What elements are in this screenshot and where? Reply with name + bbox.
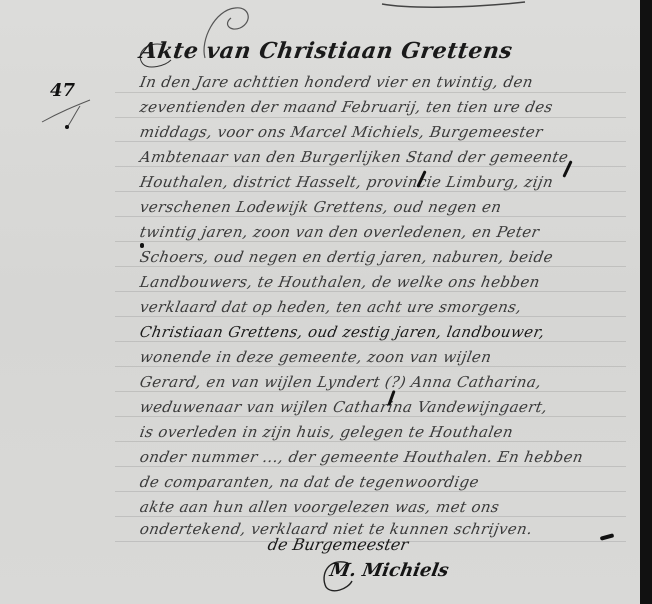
ruling-line xyxy=(115,416,626,417)
ruling-line xyxy=(115,241,626,242)
ruling-line xyxy=(115,141,626,142)
page-binding-edge xyxy=(640,0,652,604)
ruling-line xyxy=(115,191,626,192)
flourish-ornament xyxy=(380,0,530,12)
record-line: wonende in deze gemeente, zoon van wijle… xyxy=(138,348,493,366)
ruling-line xyxy=(115,441,626,442)
ruling-line xyxy=(115,341,626,342)
ruling-line xyxy=(115,516,626,517)
record-line: twintig jaren, zoon van den overledenen,… xyxy=(138,223,540,241)
record-line: de comparanten, na dat de tegenwoordige xyxy=(138,473,480,491)
document-page: Akte van Christiaan Grettens 47 In den J… xyxy=(0,0,640,604)
record-line: zeventienden der maand Februarij, ten ti… xyxy=(138,98,554,116)
ink-dot xyxy=(140,243,144,248)
record-line: verschenen Lodewijk Grettens, oud negen … xyxy=(138,198,503,216)
ruling-line xyxy=(115,291,626,292)
record-line: onder nummer ..., der gemeente Houthalen… xyxy=(138,448,584,466)
record-line: Christiaan Grettens, oud zestig jaren, l… xyxy=(138,323,546,341)
record-title: Akte van Christiaan Grettens xyxy=(138,38,514,64)
record-line: Houthalen, district Hasselt, provincie L… xyxy=(138,173,554,191)
record-line: Schoers, oud negen en dertig jaren, nabu… xyxy=(138,248,554,266)
mayor-signature: M. Michiels xyxy=(328,560,450,581)
ruling-line xyxy=(115,266,626,267)
ruling-line xyxy=(115,366,626,367)
record-line: akte aan hun allen voorgelezen was, met … xyxy=(138,498,500,516)
record-line: In den Jare achttien honderd vier en twi… xyxy=(138,73,534,91)
record-line: middags, voor ons Marcel Michiels, Burge… xyxy=(138,123,544,141)
ruling-line xyxy=(115,117,626,118)
ruling-line xyxy=(115,491,626,492)
record-line: is overleden in zijn huis, gelegen te Ho… xyxy=(138,423,514,441)
ruling-line xyxy=(115,92,626,93)
record-line: Gerard, en van wijlen Lyndert (?) Anna C… xyxy=(138,373,543,391)
margin-flourish xyxy=(40,92,100,132)
ruling-line xyxy=(115,391,626,392)
record-line: verklaard dat op heden, ten acht ure smo… xyxy=(138,298,523,316)
ruling-line xyxy=(115,216,626,217)
ruling-line xyxy=(115,466,626,467)
record-line: Ambtenaar van den Burgerlijken Stand der… xyxy=(138,148,569,166)
signature-title: de Burgemeester xyxy=(266,535,409,554)
ruling-line xyxy=(115,166,626,167)
record-line: weduwenaar van wijlen Catharina Vandewij… xyxy=(138,398,549,416)
ink-stroke xyxy=(600,533,615,540)
ruling-line xyxy=(115,316,626,317)
record-line: Landbouwers, te Houthalen, de welke ons … xyxy=(138,273,541,291)
